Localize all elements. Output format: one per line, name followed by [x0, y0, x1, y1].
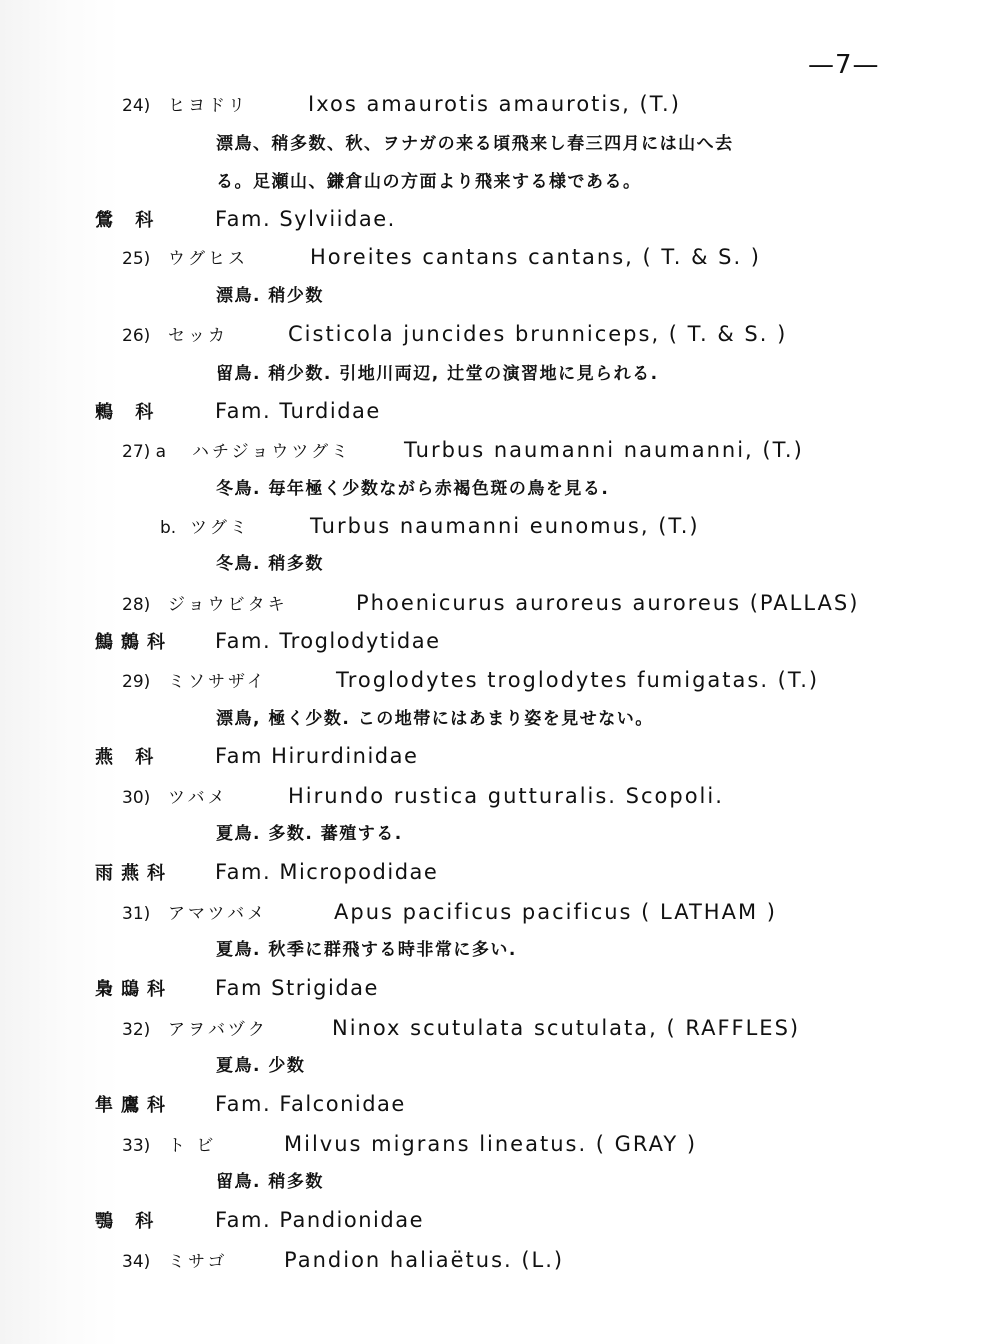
species-note: 夏鳥. 秋季に群飛する時非常に多い.: [216, 936, 517, 964]
species-japanese-name: ウグヒス: [168, 245, 310, 273]
species-latin-name: Milvus migrans lineatus. ( GRAY ): [284, 1132, 697, 1156]
species-note: 漂鳥、稍多数、秋、ヲナガの来る頃飛来し春三四月には山へ去: [216, 130, 734, 158]
family-latin-name: Fam. Pandionidae: [215, 1208, 424, 1232]
species-japanese-name: ミサゴ: [168, 1248, 284, 1276]
family-latin-name: Fam Hirurdinidae: [215, 744, 418, 768]
species-entry-30: 30)ツバメHirundo rustica gutturalis. Scopol…: [122, 782, 724, 812]
species-entry-26: 26)セッカCisticola juncides brunniceps, ( T…: [122, 320, 787, 350]
family-latin-name: Fam. Turdidae: [215, 399, 381, 423]
species-entry-34: 34)ミサゴPandion haliaëtus. (L.): [122, 1246, 564, 1276]
species-latin-name: Troglodytes troglodytes fumigatas. (T.): [336, 668, 819, 692]
species-number: b.: [160, 514, 190, 542]
family-japanese-name: 燕 科: [95, 744, 215, 772]
family-japanese-name: 鶫 科: [95, 399, 215, 427]
species-japanese-name: ツバメ: [168, 784, 288, 812]
species-latin-name: Horeites cantans cantans, ( T. & S. ): [310, 245, 761, 269]
species-latin-name: Ixos amaurotis amaurotis, (T.): [308, 92, 681, 116]
family-latin-name: Fam. Sylviidae.: [215, 207, 396, 231]
species-number: 33): [122, 1132, 168, 1160]
species-japanese-name: セッカ: [168, 322, 288, 350]
family-heading-turdidae: 鶫 科Fam. Turdidae: [95, 397, 381, 427]
document-page: —7— 24)ヒヨドリIxos amaurotis amaurotis, (T.…: [0, 0, 1000, 1344]
species-japanese-name: ハチジョウツグミ: [192, 438, 404, 466]
family-heading-pandionidae: 鶚 科Fam. Pandionidae: [95, 1206, 424, 1236]
species-note: る。足瀬山、鎌倉山の方面より飛来する様である。: [216, 168, 642, 196]
species-latin-name: Phoenicurus auroreus auroreus (PALLAS): [356, 591, 859, 615]
page-number: —7—: [808, 50, 880, 80]
species-japanese-name: ト ビ: [168, 1132, 284, 1160]
family-japanese-name: 鷦鷯科: [95, 629, 215, 657]
species-japanese-name: ツグミ: [190, 514, 310, 542]
family-heading-strigidae: 梟鴟科Fam Strigidae: [95, 974, 379, 1004]
species-latin-name: Ninox scutulata scutulata, ( RAFFLES): [332, 1016, 800, 1040]
species-entry-24: 24)ヒヨドリIxos amaurotis amaurotis, (T.): [122, 90, 681, 120]
species-note: 夏鳥. 多数. 蕃殖する.: [216, 820, 403, 848]
species-number: 26): [122, 322, 168, 350]
species-entry-25: 25)ウグヒスHoreites cantans cantans, ( T. & …: [122, 243, 761, 273]
species-number: 31): [122, 900, 168, 928]
family-heading-micropodidae: 雨燕科Fam. Micropodidae: [95, 858, 438, 888]
species-note: 漂鳥. 稍少数: [216, 282, 324, 310]
species-latin-name: Turbus naumanni naumanni, (T.): [404, 438, 804, 462]
family-latin-name: Fam. Troglodytidae: [215, 629, 441, 653]
species-entry-33: 33)ト ビMilvus migrans lineatus. ( GRAY ): [122, 1130, 697, 1160]
species-entry-27b: b.ツグミTurbus naumanni eunomus, (T.): [160, 512, 700, 542]
species-latin-name: Hirundo rustica gutturalis. Scopoli.: [288, 784, 724, 808]
species-note: 留鳥. 稍少数. 引地川両辺, 辻堂の演習地に見られる.: [216, 360, 659, 388]
species-japanese-name: ミソサザイ: [168, 668, 336, 696]
species-latin-name: Cisticola juncides brunniceps, ( T. & S.…: [288, 322, 787, 346]
family-japanese-name: 隼鷹科: [95, 1092, 215, 1120]
family-japanese-name: 雨燕科: [95, 860, 215, 888]
species-japanese-name: アマツバメ: [168, 900, 334, 928]
species-note: 夏鳥. 少数: [216, 1052, 305, 1080]
species-latin-name: Apus pacificus pacificus ( LATHAM ): [334, 900, 777, 924]
family-latin-name: Fam. Falconidae: [215, 1092, 406, 1116]
family-heading-sylviidae: 鶯 科Fam. Sylviidae.: [95, 205, 396, 235]
species-note: 留鳥. 稍多数: [216, 1168, 324, 1196]
species-number: 25): [122, 245, 168, 273]
species-japanese-name: ジョウビタキ: [168, 591, 356, 619]
species-number: 34): [122, 1248, 168, 1276]
species-latin-name: Pandion haliaëtus. (L.): [284, 1248, 564, 1272]
species-entry-29: 29)ミソサザイTroglodytes troglodytes fumigata…: [122, 666, 819, 696]
family-japanese-name: 鶯 科: [95, 207, 215, 235]
species-entry-31: 31)アマツバメApus pacificus pacificus ( LATHA…: [122, 898, 777, 928]
species-number: 30): [122, 784, 168, 812]
species-japanese-name: ヒヨドリ: [168, 92, 308, 120]
family-latin-name: Fam Strigidae: [215, 976, 379, 1000]
species-entry-32: 32)アヲバヅクNinox scutulata scutulata, ( RAF…: [122, 1014, 800, 1044]
species-japanese-name: アヲバヅク: [168, 1016, 332, 1044]
family-japanese-name: 鶚 科: [95, 1208, 215, 1236]
species-number: 24): [122, 92, 168, 120]
family-latin-name: Fam. Micropodidae: [215, 860, 438, 884]
family-heading-falconidae: 隼鷹科Fam. Falconidae: [95, 1090, 406, 1120]
species-number: 32): [122, 1016, 168, 1044]
species-note: 漂鳥, 極く少数. この地帯にはあまり姿を見せない。: [216, 705, 654, 733]
family-heading-hirundinidae: 燕 科Fam Hirurdinidae: [95, 742, 418, 772]
species-number: 27) a: [122, 438, 192, 466]
species-note: 冬鳥. 毎年極く少数ながら赤褐色斑の鳥を見る.: [216, 475, 609, 503]
species-entry-27a: 27) aハチジョウツグミTurbus naumanni naumanni, (…: [122, 436, 804, 466]
species-number: 29): [122, 668, 168, 696]
species-latin-name: Turbus naumanni eunomus, (T.): [310, 514, 700, 538]
family-japanese-name: 梟鴟科: [95, 976, 215, 1004]
family-heading-troglodytidae: 鷦鷯科Fam. Troglodytidae: [95, 627, 441, 657]
species-number: 28): [122, 591, 168, 619]
species-note: 冬鳥. 稍多数: [216, 550, 324, 578]
species-entry-28: 28)ジョウビタキPhoenicurus auroreus auroreus (…: [122, 589, 859, 619]
